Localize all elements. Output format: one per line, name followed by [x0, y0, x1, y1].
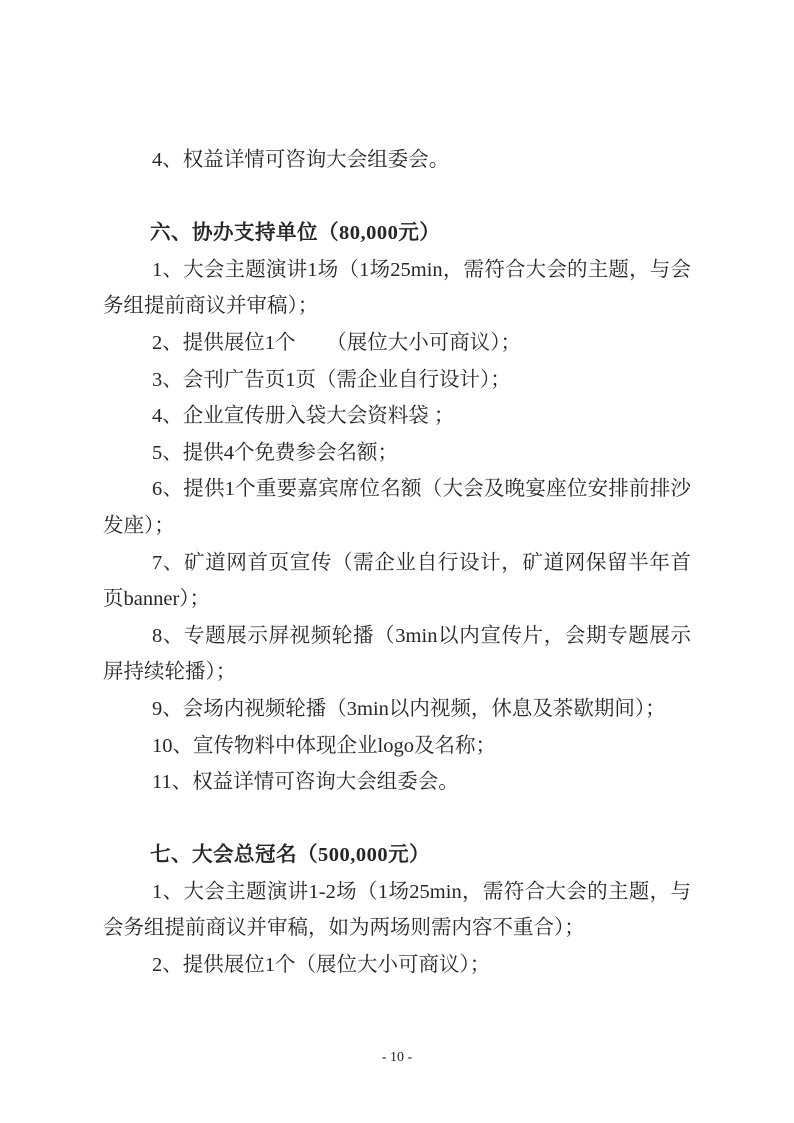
section-6-item-5: 5、提供4个免费参会名额； [103, 435, 691, 472]
section-6-heading: 六、协办支持单位（80,000元） [103, 215, 691, 252]
section-6-item-9: 9、会场内视频轮播（3min以内视频，休息及茶歇期间）； [103, 691, 691, 728]
section-7-item-2: 2、提供展位1个（展位大小可商议）； [103, 947, 691, 984]
section-6-item-10: 10、宣传物料中体现企业logo及名称； [103, 728, 691, 765]
section-6-item-8: 8、专题展示屏视频轮播（3min以内宣传片，会期专题展示屏持续轮播）； [103, 618, 691, 691]
section-6-item-4: 4、企业宣传册入袋大会资料袋 ； [103, 398, 691, 435]
blank-line [103, 179, 691, 216]
section-6-item-6: 6、提供1个重要嘉宾席位名额（大会及晚宴座位安排前排沙发座）； [103, 471, 691, 544]
section-6-item-2: 2、提供展位1个 （展位大小可商议）； [103, 325, 691, 362]
document-page: 4、权益详情可咨询大会组委会。 六、协办支持单位（80,000元） 1、大会主题… [0, 0, 794, 1123]
section-7-item-1: 1、大会主题演讲1-2场（1场25min，需符合大会的主题，与会务组提前商议并审… [103, 874, 691, 947]
document-content: 4、权益详情可咨询大会组委会。 六、协办支持单位（80,000元） 1、大会主题… [103, 142, 691, 984]
section-6-item-1: 1、大会主题演讲1场（1场25min，需符合大会的主题，与会务组提前商议并审稿）… [103, 252, 691, 325]
section-6-item-11: 11、权益详情可咨询大会组委会。 [103, 764, 691, 801]
section-7-heading: 七、大会总冠名（500,000元） [103, 837, 691, 874]
blank-line [103, 801, 691, 838]
list-item-prev-4: 4、权益详情可咨询大会组委会。 [103, 142, 691, 179]
section-6-item-7: 7、矿道网首页宣传（需企业自行设计，矿道网保留半年首页banner）； [103, 545, 691, 618]
section-6-item-3: 3、会刊广告页1页（需企业自行设计）； [103, 362, 691, 399]
page-number: - 10 - [0, 1048, 794, 1068]
